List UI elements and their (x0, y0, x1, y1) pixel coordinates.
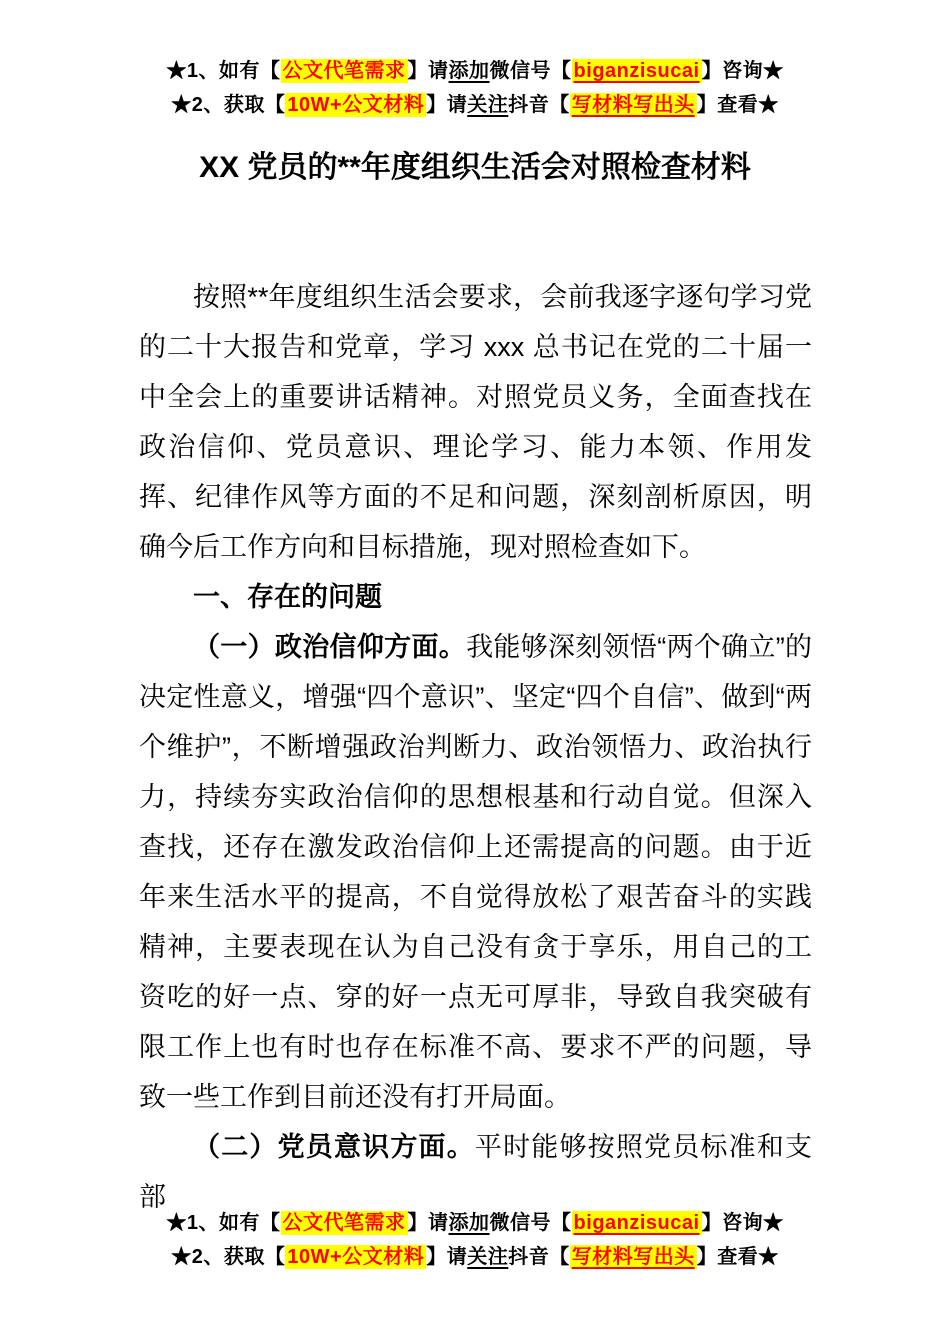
notice-footer: ★1、如有【公文代笔需求】请添加微信号【biganzisucai】咨询★ ★2、… (0, 1206, 950, 1274)
highlighted-service-name: 公文代笔需求 (281, 1211, 408, 1235)
notice-text: ★1、如有【 (166, 60, 280, 82)
notice-text: 】请 (408, 60, 449, 82)
douyin-account-highlight: 写材料写出头 (570, 1245, 697, 1269)
document-body: 按照**年度组织生活会要求，会前我逐字逐句学习党的二十大报告和党章，学习 xxx… (139, 272, 812, 1222)
douyin-account-highlight: 写材料写出头 (570, 93, 697, 117)
notice-text: 】查看★ (697, 94, 779, 116)
notice-header: ★1、如有【公文代笔需求】请添加微信号【biganzisucai】咨询★ ★2、… (0, 0, 950, 122)
notice-text: ★2、获取【 (171, 1246, 285, 1268)
notice-text: ★1、如有【 (166, 1212, 280, 1234)
notice-text: 抖音【 (508, 94, 570, 116)
notice-footer-line-1: ★1、如有【公文代笔需求】请添加微信号【biganzisucai】咨询★ (0, 1206, 950, 1240)
highlighted-service-name: 公文代笔需求 (281, 59, 408, 83)
notice-header-line-1: ★1、如有【公文代笔需求】请添加微信号【biganzisucai】咨询★ (0, 54, 950, 88)
notice-text: 】咨询★ (702, 60, 784, 82)
wechat-id-highlight: biganzisucai (572, 1211, 702, 1235)
wechat-id-highlight: biganzisucai (572, 59, 702, 83)
paragraph-text: 我能够深刻领悟“两个确立”的决定性意义，增强“四个意识”、坚定“四个自信”、做到… (139, 632, 812, 1112)
section-heading-problems: 一、存在的问题 (139, 572, 812, 622)
notice-text: 】请 (426, 1246, 467, 1268)
notice-text: 】请 (408, 1212, 449, 1234)
highlighted-material-name: 10W+公文材料 (285, 1245, 426, 1269)
underlined-action-text: 关注 (467, 1246, 508, 1268)
highlighted-material-name: 10W+公文材料 (285, 93, 426, 117)
document-title: XX 党员的**年度组织生活会对照检查材料 (0, 148, 950, 188)
notice-footer-line-2: ★2、获取【10W+公文材料】请关注抖音【写材料写出头】查看★ (0, 1240, 950, 1274)
paragraph-political-belief: （一）政治信仰方面。我能够深刻领悟“两个确立”的决定性意义，增强“四个意识”、坚… (139, 622, 812, 1122)
notice-header-line-2: ★2、获取【10W+公文材料】请关注抖音【写材料写出头】查看★ (0, 88, 950, 122)
underlined-action-text: 关注 (467, 94, 508, 116)
document-page: ★1、如有【公文代笔需求】请添加微信号【biganzisucai】咨询★ ★2、… (0, 0, 950, 1344)
underlined-action-text: 添加 (449, 1212, 490, 1234)
notice-text: 】查看★ (697, 1246, 779, 1268)
notice-text: 抖音【 (508, 1246, 570, 1268)
paragraph-intro: 按照**年度组织生活会要求，会前我逐字逐句学习党的二十大报告和党章，学习 xxx… (139, 272, 812, 572)
notice-text: 微信号【 (490, 1212, 572, 1234)
paragraph-lead-political-belief: （一）政治信仰方面。 (193, 632, 466, 662)
underlined-action-text: 添加 (449, 60, 490, 82)
notice-text: 】请 (426, 94, 467, 116)
notice-text: ★2、获取【 (171, 94, 285, 116)
notice-text: 】咨询★ (702, 1212, 784, 1234)
notice-text: 微信号【 (490, 60, 572, 82)
paragraph-lead-party-member-awareness: （二）党员意识方面。 (193, 1132, 475, 1162)
